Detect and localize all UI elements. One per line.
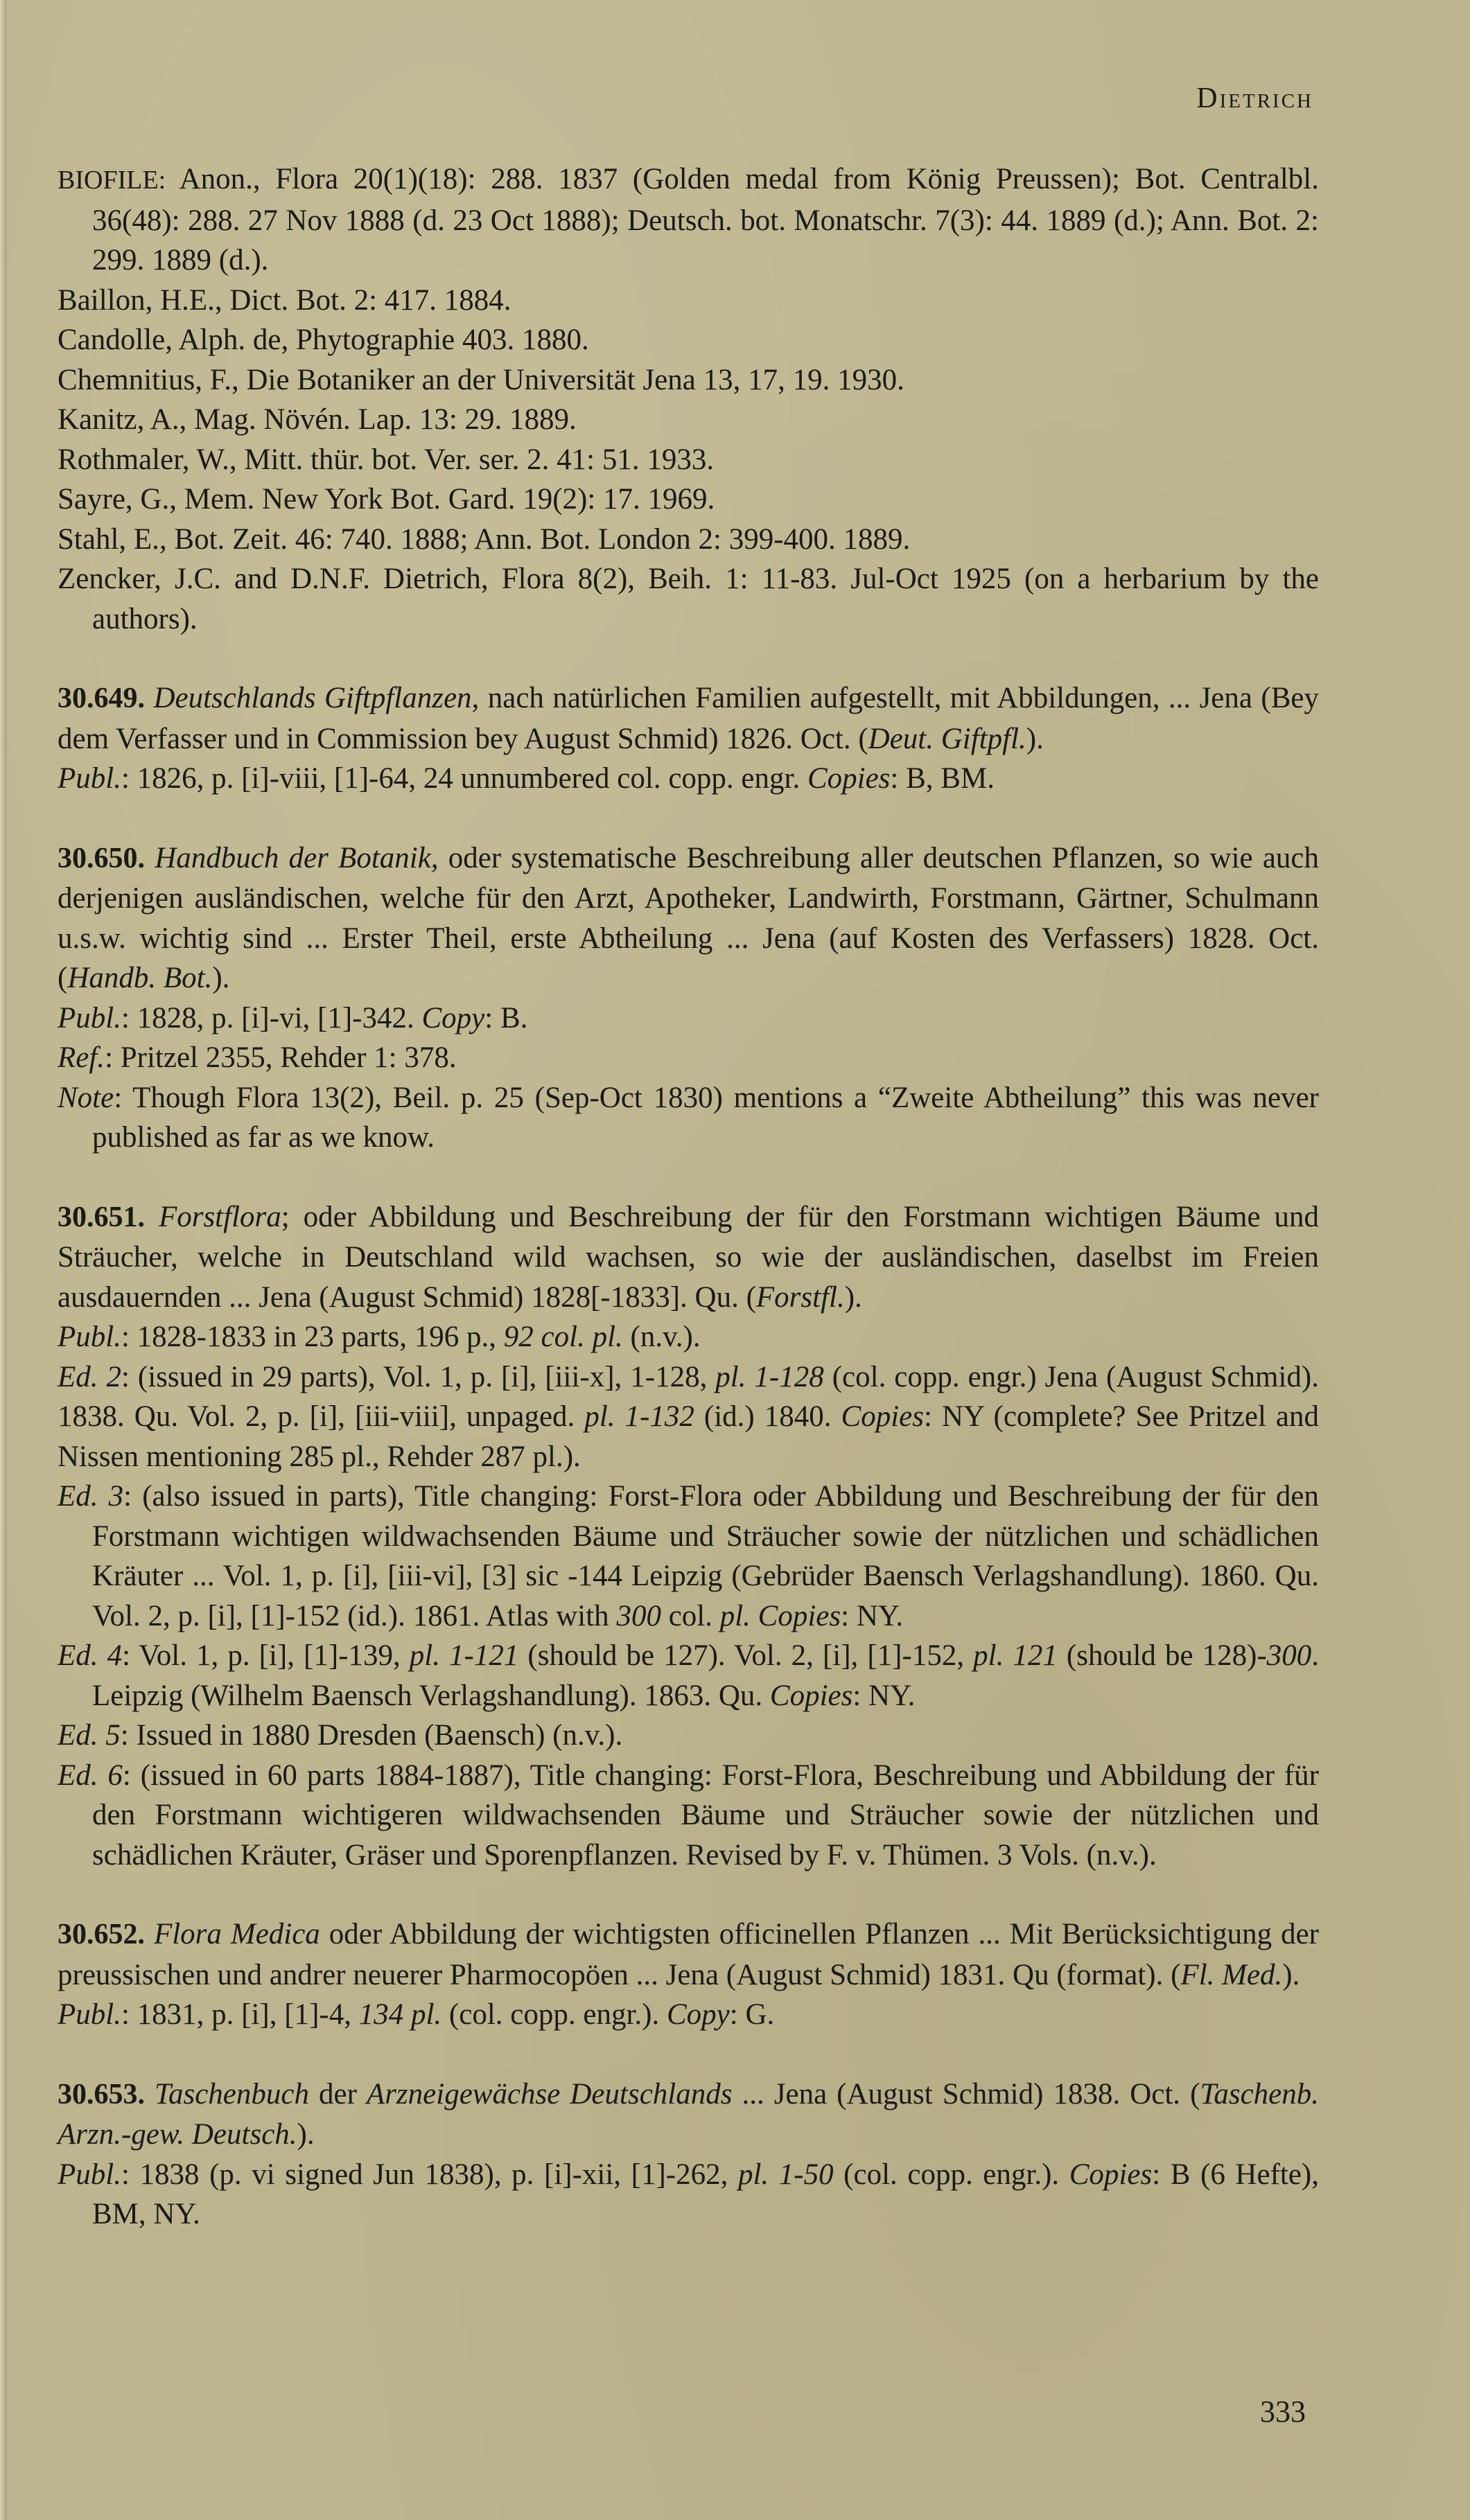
edition-label: Ed. 4 (58, 1639, 122, 1672)
entry-title-para: 30.652. Flora Medica oder Abbildung der … (58, 1914, 1319, 1995)
entry-publ: Publ.: 1828-1833 in 23 parts, 196 p., 92… (58, 1317, 1319, 1357)
entry-number: 30.649. (58, 682, 145, 714)
entry-title-2: Arzneigewächse Deutschlands (367, 2078, 733, 2111)
biofile-label: BIOFILE: (58, 166, 166, 195)
entry-title-para: 30.649. Deutschlands Giftpflanzen, nach … (58, 678, 1319, 759)
biofile-line: Stahl, E., Bot. Zeit. 46: 740. 1888; Ann… (58, 520, 1319, 560)
entry-30-649: 30.649. Deutschlands Giftpflanzen, nach … (58, 678, 1319, 799)
edition-item: Ed. 5: Issued in 1880 Dresden (Baensch) … (58, 1716, 1319, 1756)
edition-item: Ed. 3: (also issued in parts), Title cha… (58, 1477, 1319, 1636)
entry-abbrev: Deut. Giftpfl. (868, 723, 1026, 755)
biofile-section: BIOFILE: Anon., Flora 20(1)(18): 288. 18… (58, 159, 1319, 639)
entry-abbrev: Forstfl. (756, 1281, 845, 1314)
entry-30-651: 30.651. Forstflora; oder Abbildung und B… (58, 1197, 1319, 1876)
entry-title: Taschenbuch (155, 2078, 309, 2111)
entry-abbrev: Fl. Med. (1180, 1959, 1282, 1991)
entry-number: 30.652. (58, 1919, 145, 1950)
edition-label: Ed. 6 (58, 1759, 123, 1792)
edition-item: Ed. 4: Vol. 1, p. [i], [1]-139, pl. 1-12… (58, 1636, 1319, 1716)
page-number: 333 (1260, 2394, 1306, 2429)
entry-title-para: 30.650. Handbuch der Botanik, oder syste… (58, 838, 1319, 998)
editions-list: Ed. 2: (issued in 29 parts), Vol. 1, p. … (58, 1357, 1319, 1876)
edition-label: Ed. 5 (58, 1719, 121, 1752)
entry-note: Note: Though Flora 13(2), Beil. p. 25 (S… (58, 1078, 1319, 1158)
entry-title: Deutschlands Giftpflanzen (153, 682, 471, 714)
entry-title: Forstflora (159, 1201, 281, 1233)
biofile-line: Rothmaler, W., Mitt. thür. bot. Ver. ser… (58, 440, 1319, 480)
edition-label: Ed. 3 (58, 1480, 123, 1513)
biofile-line: Baillon, H.E., Dict. Bot. 2: 417. 1884. (58, 281, 1319, 321)
entry-30-652: 30.652. Flora Medica oder Abbildung der … (58, 1914, 1319, 2035)
entry-number: 30.650. (58, 843, 145, 874)
entry-publ: Publ.: 1838 (p. vi signed Jun 1838), p. … (58, 2155, 1319, 2235)
entry-title-para: 30.651. Forstflora; oder Abbildung und B… (58, 1197, 1319, 1318)
text-column: BIOFILE: Anon., Flora 20(1)(18): 288. 18… (58, 159, 1319, 2235)
entry-publ: Publ.: 1826, p. [i]-viii, [1]-64, 24 unn… (58, 759, 1319, 799)
biofile-line: Chemnitius, F., Die Botaniker an der Uni… (58, 360, 1319, 400)
edition-item: Ed. 2: (issued in 29 parts), Vol. 1, p. … (58, 1357, 1319, 1477)
entry-publ: Publ.: 1828, p. [i]-vi, [1]-342. Copy: B… (58, 998, 1319, 1039)
entry-30-650: 30.650. Handbuch der Botanik, oder syste… (58, 838, 1319, 1158)
entry-title: Flora Medica (154, 1918, 320, 1950)
entry-30-653: 30.653. Taschenbuch der Arzneigewächse D… (58, 2074, 1319, 2235)
biofile-line: Sayre, G., Mem. New York Bot. Gard. 19(2… (58, 479, 1319, 520)
entry-abbrev: Handb. Bot. (67, 962, 212, 994)
entry-number: 30.651. (58, 1201, 145, 1233)
edition-item: Ed. 6: (issued in 60 parts 1884-1887), T… (58, 1756, 1319, 1876)
entry-number: 30.653. (58, 2079, 145, 2111)
biofile-line: BIOFILE: Anon., Flora 20(1)(18): 288. 18… (58, 159, 1319, 281)
page-edge (0, 0, 7, 2520)
biofile-line: Kanitz, A., Mag. Növén. Lap. 13: 29. 188… (58, 400, 1319, 440)
entry-title-para: 30.653. Taschenbuch der Arzneigewächse D… (58, 2074, 1319, 2155)
running-head: Dietrich (1196, 82, 1313, 115)
entry-title: Handbuch der Botanik (155, 842, 431, 874)
entry-publ: Publ.: 1831, p. [i], [1]-4, 134 pl. (col… (58, 1995, 1319, 2035)
entry-ref: Ref.: Pritzel 2355, Rehder 1: 378. (58, 1038, 1319, 1078)
biofile-line: Candolle, Alph. de, Phytographie 403. 18… (58, 320, 1319, 360)
biofile-line: Zencker, J.C. and D.N.F. Dietrich, Flora… (58, 559, 1319, 639)
edition-label: Ed. 2 (58, 1361, 121, 1393)
